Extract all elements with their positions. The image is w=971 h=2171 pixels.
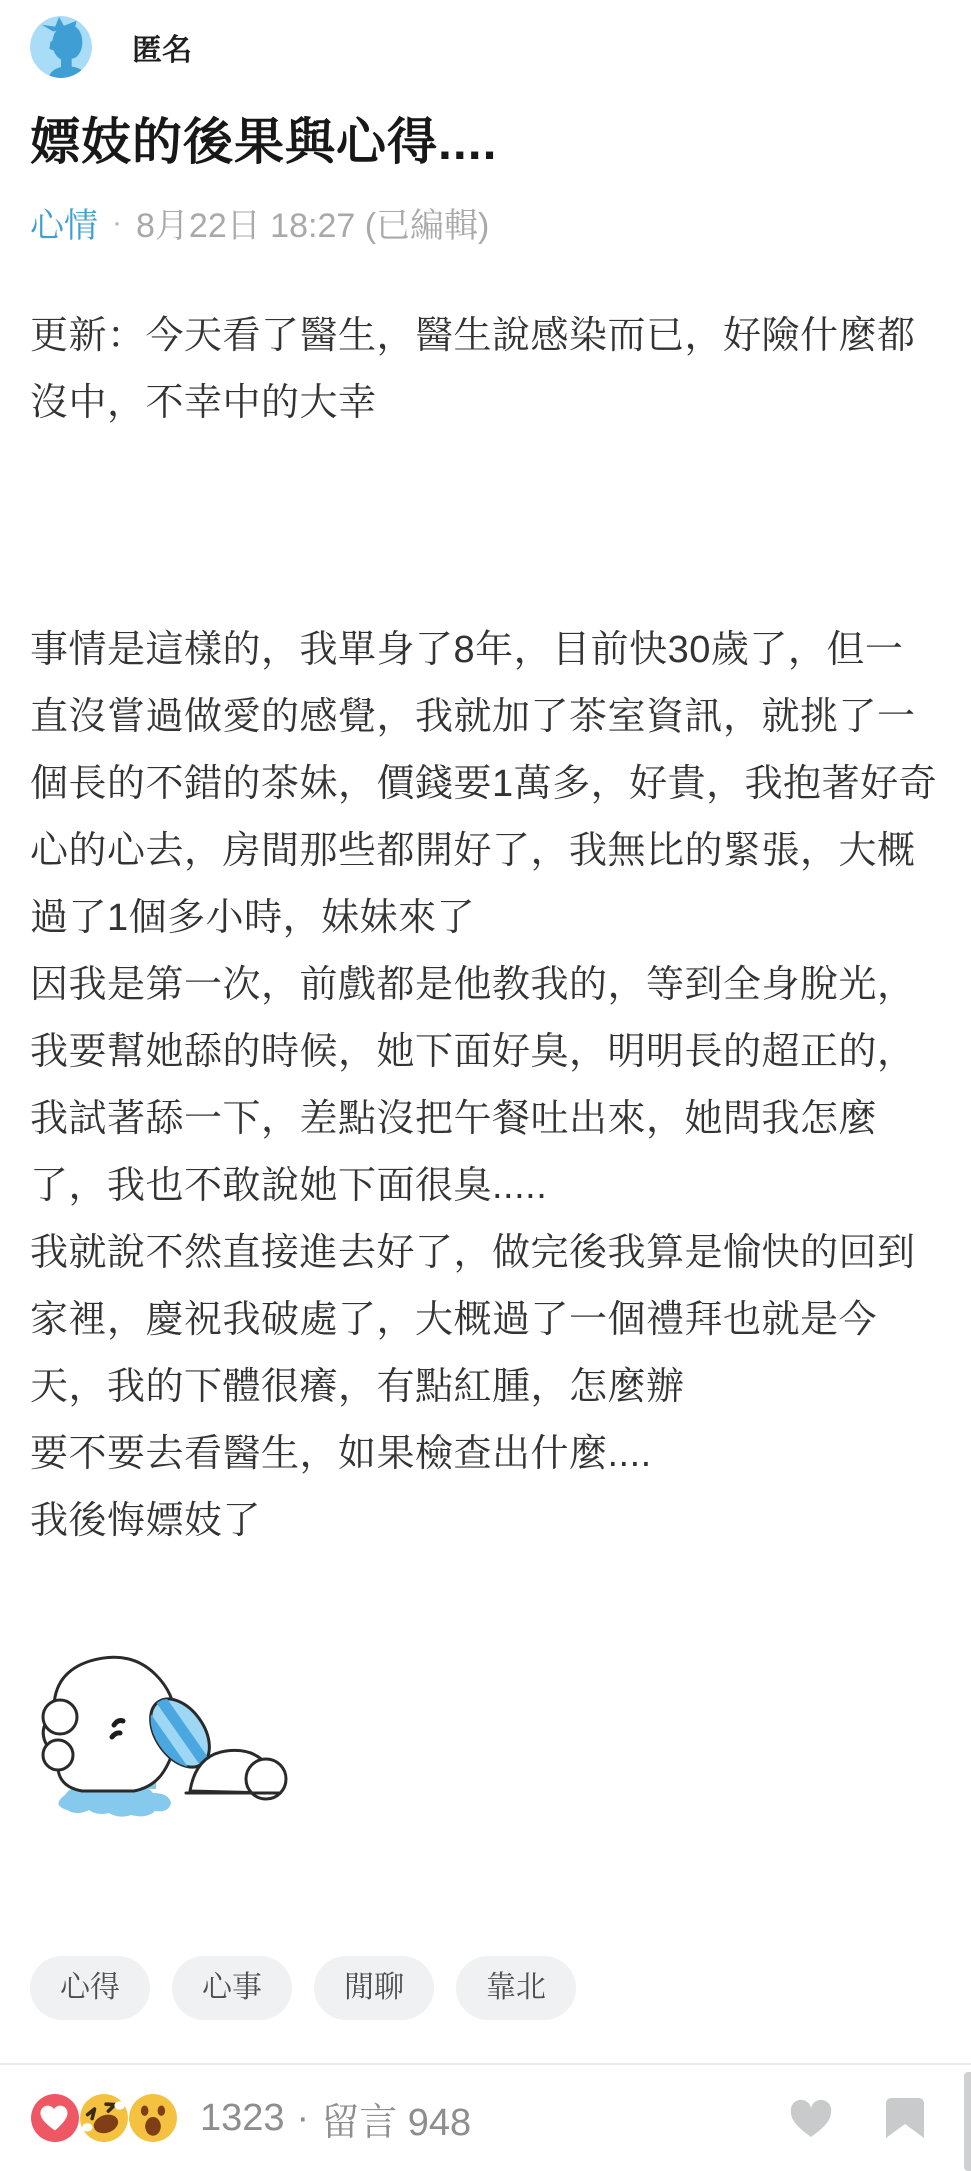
post-page: 匿名 嫖妓的後果與心得.... 心情 · 8月22日 18:27 (已編輯) 更… [0,0,971,2171]
body-paragraph: 事情是這樣的，我單身了8年，目前快30歲了，但一直沒嘗過做愛的感覺，我就加了茶室… [30,617,941,952]
post-title: 嫖妓的後果與心得.... [30,112,941,172]
footer-actions [785,2092,931,2144]
count-separator: · [297,2097,310,2140]
tag-row: 心得 心事 閒聊 靠北 [30,1956,941,2020]
post-header: 匿名 [0,0,971,78]
body-update-paragraph: 更新：今天看了醫生，醫生說感染而已，好險什麼都沒中，不幸中的大幸 [30,303,941,437]
footer-counts[interactable]: 1323 · 留言 948 [200,2091,471,2146]
sticker-image[interactable] [30,1613,300,1818]
avatar[interactable] [30,16,92,78]
like-heart-icon[interactable] [785,2092,837,2144]
heart-reaction-icon [30,2093,80,2143]
bookmark-icon[interactable] [879,2092,931,2144]
post-body: 更新：今天看了醫生，醫生說感染而已，好險什麼都沒中，不幸中的大幸 事情是這樣的，… [30,303,941,1555]
anonymous-avatar-icon [30,16,92,78]
tag-pill[interactable]: 閒聊 [314,1956,434,2020]
meta-separator: · [112,206,122,240]
tag-pill[interactable]: 心事 [172,1956,292,2020]
scrollbar-thumb[interactable] [964,2072,971,2171]
rofl-reaction-icon [79,2093,129,2143]
tag-pill[interactable]: 心得 [30,1956,150,2020]
reaction-count[interactable]: 1323 [200,2097,285,2140]
wow-reaction-icon [128,2093,178,2143]
body-paragraph: 我就說不然直接進去好了，做完後我算是愉快的回到家裡，慶祝我破處了，大概過了一個禮… [30,1220,941,1421]
body-paragraph: 我後悔嫖妓了 [30,1488,941,1555]
crying-puppy-sticker-icon [30,1613,300,1818]
post-meta: 心情 · 8月22日 18:27 (已編輯) [30,198,941,247]
tag-pill[interactable]: 靠北 [456,1956,576,2020]
body-blank-lines [30,437,941,617]
reaction-stack[interactable] [30,2093,178,2143]
post-timestamp: 8月22日 18:27 (已編輯) [136,198,489,247]
footer-bar: 1323 · 留言 948 [0,2063,971,2171]
comment-count[interactable]: 留言 948 [321,2091,471,2146]
body-paragraph: 要不要去看醫生，如果檢查出什麼.... [30,1421,941,1488]
category-link[interactable]: 心情 [30,198,98,247]
body-paragraph: 因我是第一次，前戲都是他教我的，等到全身脫光，我要幫她舔的時候，她下面好臭，明明… [30,952,941,1220]
author-name: 匿名 [132,25,192,69]
